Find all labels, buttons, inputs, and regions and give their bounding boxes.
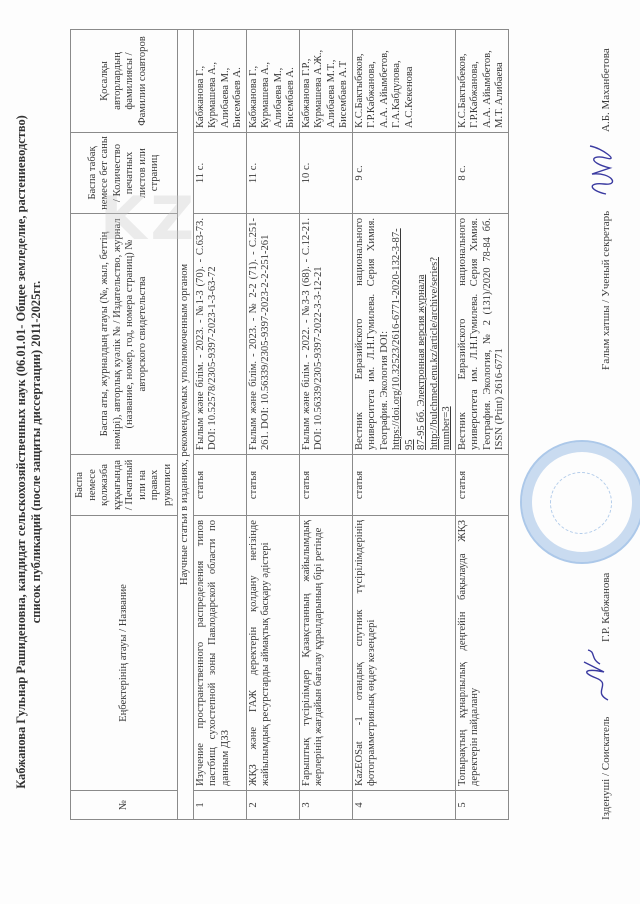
row-title: KazEOSat -1 отандық спутник түсірілімдер… (352, 516, 455, 791)
row-number: 4 (352, 791, 455, 820)
applicant-label: Ізденуші / Соискатель (600, 717, 612, 820)
header-coauthors: Қосалқы авторлардың фамилиясы / Фамилии … (71, 30, 178, 133)
row-title: Ғарыштық түсірілімдер Қазақстанның жайыл… (299, 516, 352, 791)
header-type: Баспа немесе қолжазба құқығында / Печатн… (71, 455, 178, 516)
secretary-label: Ғалым хатшы / Ученый секретарь (600, 211, 612, 370)
secretary-signature-icon (582, 144, 616, 198)
row-number: 3 (299, 791, 352, 820)
row-type: статья (455, 455, 508, 516)
coauthor-name: Курмашева А., (260, 34, 273, 128)
publications-table: № Еңбектерінің атауы / Название Баспа не… (70, 29, 509, 820)
coauthor-name: Курмашева А.Ж., (313, 34, 326, 128)
coauthor-name: К.С.Бактыбеков, (457, 34, 470, 128)
row-number: 2 (246, 791, 299, 820)
table-header-row: № Еңбектерінің атауы / Название Баспа не… (71, 30, 178, 820)
row-pages: 8 с. (455, 133, 508, 214)
row-pages: 10 с. (299, 133, 352, 214)
watermark: KZ (100, 184, 198, 254)
coauthor-name: Бисембаев А. (285, 34, 298, 128)
table-row: 1Изучение пространственного распределени… (193, 30, 246, 820)
coauthor-name: Алибаева М., (220, 34, 233, 128)
coauthor-name: М.Т. Алибаева (494, 34, 507, 128)
applicant-signature-icon (582, 648, 616, 702)
publication-text: Ғылым және білім. - 2023. - №1-3 (70). -… (195, 218, 220, 450)
row-number: 1 (193, 791, 246, 820)
coauthor-name: Кабжанова Г., (248, 34, 261, 128)
table-row: 5Топырақтың құнарлылық деңгейін бақылауд… (455, 30, 508, 820)
row-coauthors: К.С.Бактыбеков,Г.Р.Кабжанова,А.А. Айымбе… (455, 30, 508, 133)
applicant-name: Г.Р. Кабжанова (600, 573, 612, 642)
publication-text: Вестник Евразийского национального униве… (354, 218, 392, 450)
row-type: статья (193, 455, 246, 516)
row-pages: 11 с. (193, 133, 246, 214)
coauthor-name: Алибаева М., (273, 34, 286, 128)
coauthor-name: Кабжанова Г.Р., (301, 34, 314, 128)
row-pages: 11 с. (246, 133, 299, 214)
header-title: Еңбектерінің атауы / Название (71, 516, 178, 791)
row-type: статья (246, 455, 299, 516)
document-page: Кабжанова Гульнар Рашиденовна, кандидат … (0, 0, 640, 904)
row-type: статья (352, 455, 455, 516)
official-stamp-icon (520, 440, 640, 564)
row-coauthors: Кабжанова Г.Р.,Курмашева А.Ж.,Алибаева М… (299, 30, 352, 133)
coauthor-name: А.А. Айымбетов, (379, 34, 392, 128)
row-publication: Вестник Евразийского национального униве… (455, 214, 508, 455)
coauthor-name: К.С.Бактыбеков, (354, 34, 367, 128)
coauthor-name: Г.А.Кабдулова, (391, 34, 404, 128)
table-row: 3Ғарыштық түсірілімдер Қазақстанның жайы… (299, 30, 352, 820)
section-title: Научные статьи в изданиях, рекомендуемых… (178, 30, 194, 820)
publication-link[interactable]: https://doi.org/10.32523/2616-6771-2020-… (391, 218, 416, 450)
row-coauthors: Кабжанова Г.,Курмашева А.,Алибаева М.,Би… (193, 30, 246, 133)
publication-text: Вестник Евразийского национального униве… (457, 218, 507, 450)
secretary-name: А.Б. Маханбетова (600, 48, 612, 132)
row-number: 5 (455, 791, 508, 820)
row-pages: 9 с. (352, 133, 455, 214)
row-title: Топырақтың құнарлылық деңгейін бақылауда… (455, 516, 508, 791)
row-title: ЖҚЗ және ГАЖ деректерін қолдану негізінд… (246, 516, 299, 791)
coauthor-name: Курмашева А., (207, 34, 220, 128)
row-title: Изучение пространственного распределения… (193, 516, 246, 791)
title-line-2: список публикаций (после защиты диссерта… (29, 0, 44, 904)
coauthor-name: А.С.Кекенова (404, 34, 417, 128)
section-header-row: Научные статьи в изданиях, рекомендуемых… (178, 30, 194, 820)
coauthor-name: Бисембаев А. (232, 34, 245, 128)
publication-text: Ғылым және білім. - 2022. - №3-3 (68). -… (301, 218, 326, 450)
row-publication: Вестник Евразийского национального униве… (352, 214, 455, 455)
document-title: Кабжанова Гульнар Рашиденовна, кандидат … (14, 0, 44, 904)
publication-text: Ғылым және білім. - 2023. - № 2-2 (71). … (248, 218, 273, 450)
publication-link[interactable]: 87-95 бб. Электронная версия журнала (416, 218, 429, 450)
row-publication: Ғылым және білім. - 2022. - №3-3 (68). -… (299, 214, 352, 455)
row-publication: Ғылым және білім. - 2023. - №1-3 (70). -… (193, 214, 246, 455)
coauthor-name: Г.Р.Кабжанова, (469, 34, 482, 128)
coauthor-name: Кабжанова Г., (195, 34, 208, 128)
coauthor-name: А.А. Айымбетов, (482, 34, 495, 128)
table-row: 2ЖҚЗ және ГАЖ деректерін қолдану негізін… (246, 30, 299, 820)
row-coauthors: Кабжанова Г.,Курмашева А.,Алибаева М.,Би… (246, 30, 299, 133)
coauthor-name: Г.Р.Кабжанова, (366, 34, 379, 128)
row-publication: Ғылым және білім. - 2023. - № 2-2 (71). … (246, 214, 299, 455)
coauthor-name: Бисембаев А.Т (338, 34, 351, 128)
table-row: 4KazEOSat -1 отандық спутник түсірілімде… (352, 30, 455, 820)
row-coauthors: К.С.Бактыбеков,Г.Р.Кабжанова,А.А. Айымбе… (352, 30, 455, 133)
publication-link[interactable]: http://bulchmed.enu.kz/article/archive/s… (429, 218, 454, 450)
title-line-1: Кабжанова Гульнар Рашиденовна, кандидат … (14, 0, 29, 904)
header-no: № (71, 791, 178, 820)
row-type: статья (299, 455, 352, 516)
coauthor-name: Алибаева М.Т., (326, 34, 339, 128)
